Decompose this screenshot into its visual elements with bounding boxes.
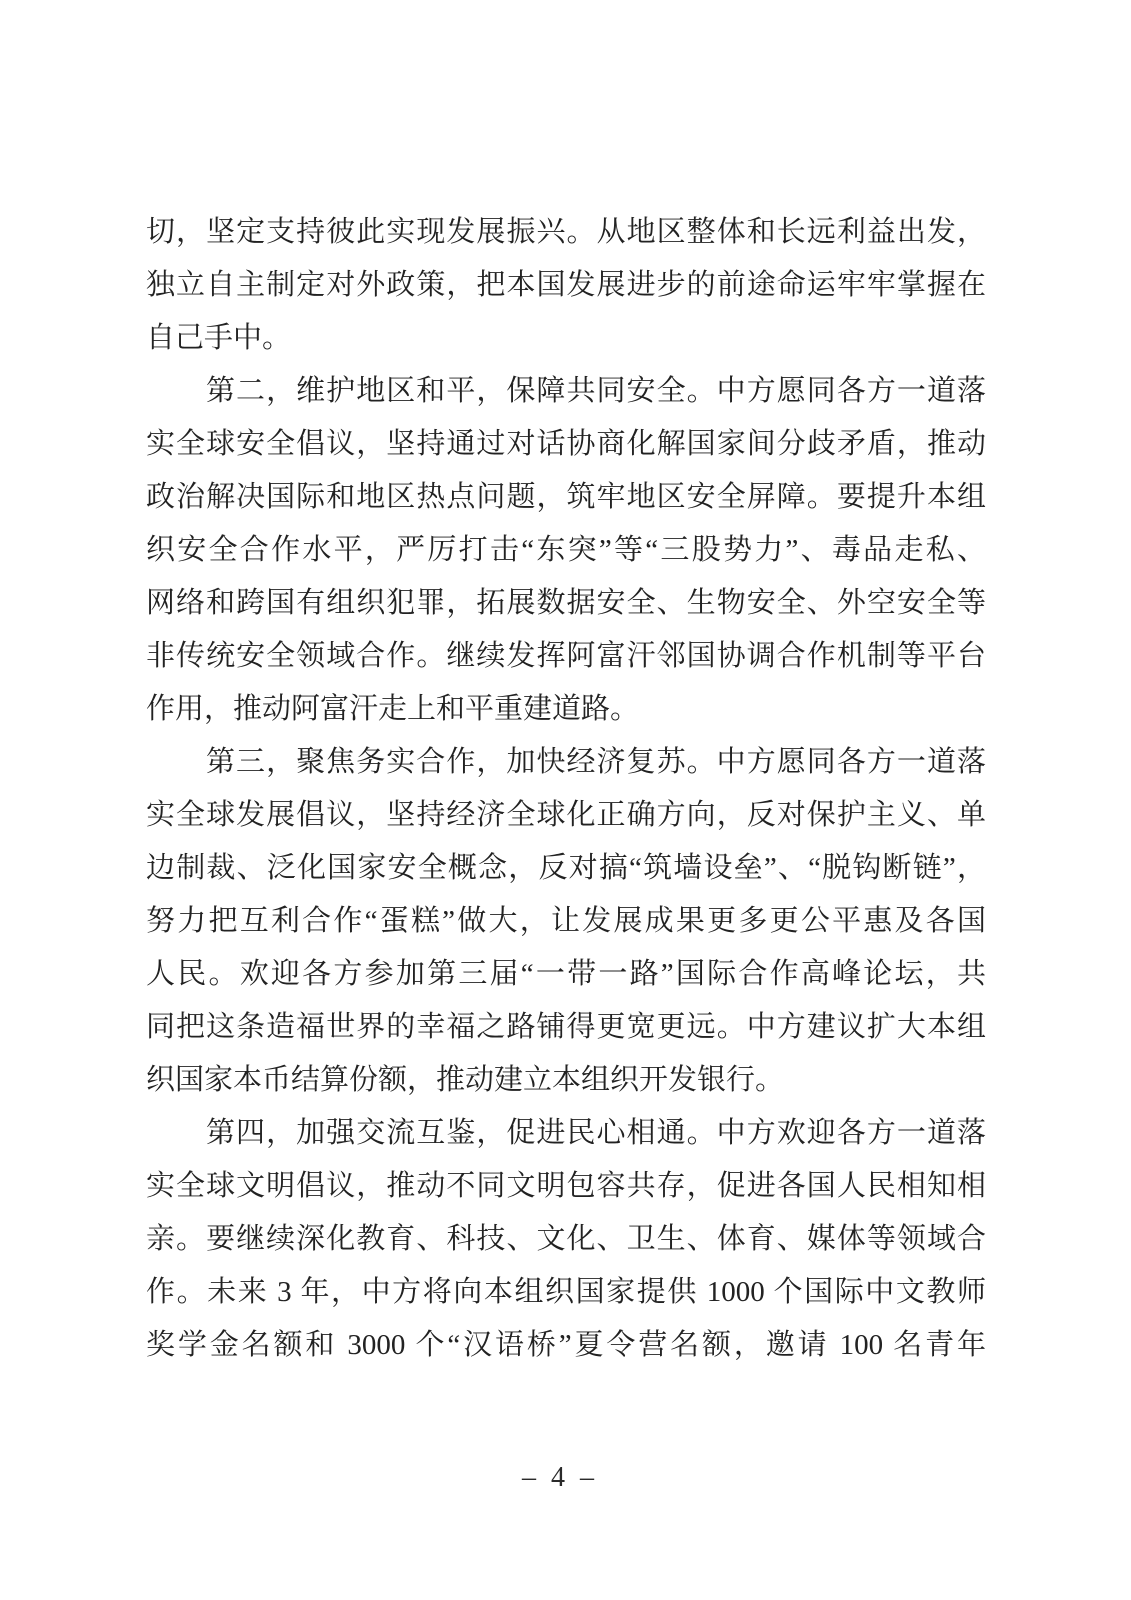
text-line: 作用，推动阿富汗走上和平重建道路。 [146,683,986,736]
text-line: 努力把互利合作“蛋糕”做大，让发展成果更多更公平惠及各国 [146,895,986,948]
paragraph: 第三，聚焦务实合作，加快经济复苏。中方愿同各方一道落 实全球发展倡议，坚持经济全… [146,736,986,1107]
text-line: 自己手中。 [146,312,986,365]
text-line: 织安全合作水平，严厉打击“东突”等“三股势力”、毒品走私、 [146,524,986,577]
text-line: 实全球安全倡议，坚持通过对话协商化解国家间分歧矛盾，推动 [146,418,986,471]
text-line: 政治解决国际和地区热点问题，筑牢地区安全屏障。要提升本组 [146,471,986,524]
text-line: 织国家本币结算份额，推动建立本组织开发银行。 [146,1054,986,1107]
text-line: 独立自主制定对外政策，把本国发展进步的前途命运牢牢掌握在 [146,259,986,312]
text-line: 网络和跨国有组织犯罪，拓展数据安全、生物安全、外空安全等 [146,577,986,630]
text-line: 第三，聚焦务实合作，加快经济复苏。中方愿同各方一道落 [146,736,986,789]
text-line: 实全球文明倡议，推动不同文明包容共存，促进各国人民相知相 [146,1160,986,1213]
paragraph: 切，坚定支持彼此实现发展振兴。从地区整体和长远利益出发， 独立自主制定对外政策，… [146,206,986,365]
text-line: 边制裁、泛化国家安全概念，反对搞“筑墙设垒”、“脱钩断链”， [146,842,986,895]
text-line: 奖学金名额和 3000 个“汉语桥”夏令营名额，邀请 100 名青年 [146,1319,986,1372]
document-page: 切，坚定支持彼此实现发展振兴。从地区整体和长远利益出发， 独立自主制定对外政策，… [0,0,1131,1600]
text-line: 切，坚定支持彼此实现发展振兴。从地区整体和长远利益出发， [146,206,986,259]
text-line: 非传统安全领域合作。继续发挥阿富汗邻国协调合作机制等平台 [146,630,986,683]
text-line: 作。未来 3 年，中方将向本组织国家提供 1000 个国际中文教师 [146,1266,986,1319]
document-text: 切，坚定支持彼此实现发展振兴。从地区整体和长远利益出发， 独立自主制定对外政策，… [146,206,986,1372]
text-line: 亲。要继续深化教育、科技、文化、卫生、体育、媒体等领域合 [146,1213,986,1266]
paragraph: 第四，加强交流互鉴，促进民心相通。中方欢迎各方一道落 实全球文明倡议，推动不同文… [146,1107,986,1372]
text-line: 实全球发展倡议，坚持经济全球化正确方向，反对保护主义、单 [146,789,986,842]
page-number: – 4 – [0,1458,1120,1498]
text-line: 第四，加强交流互鉴，促进民心相通。中方欢迎各方一道落 [146,1107,986,1160]
text-line: 同把这条造福世界的幸福之路铺得更宽更远。中方建议扩大本组 [146,1001,986,1054]
paragraph: 第二，维护地区和平，保障共同安全。中方愿同各方一道落 实全球安全倡议，坚持通过对… [146,365,986,736]
text-line: 第二，维护地区和平，保障共同安全。中方愿同各方一道落 [146,365,986,418]
text-line: 人民。欢迎各方参加第三届“一带一路”国际合作高峰论坛，共 [146,948,986,1001]
